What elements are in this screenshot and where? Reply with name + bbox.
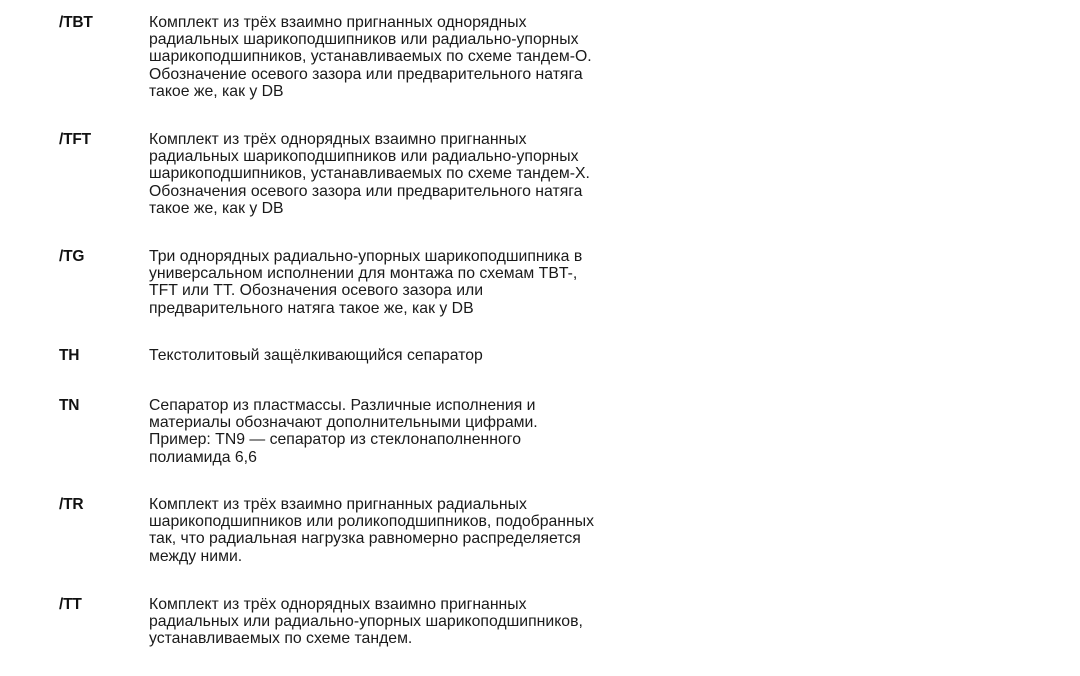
entry-description: Сепаратор из пластмассы. Различные испол… bbox=[149, 397, 729, 466]
entry-description: Комплект из трёх однорядных взаимно приг… bbox=[149, 131, 729, 217]
entry-code: /TT bbox=[59, 596, 82, 613]
entry-description: Комплект из трёх однорядных взаимно приг… bbox=[149, 596, 729, 648]
entry-code: TN bbox=[59, 397, 79, 414]
entry-description: Текстолитовый защёлкивающийся сепаратор bbox=[149, 347, 729, 364]
entry-code: TH bbox=[59, 347, 79, 364]
entry-code: /TG bbox=[59, 248, 84, 265]
entry-code: /TR bbox=[59, 496, 83, 513]
entry-description: Комплект из трёх взаимно пригнанных одно… bbox=[149, 14, 729, 100]
entry-description: Комплект из трёх взаимно пригнанных ради… bbox=[149, 496, 729, 565]
entry-description: Три однорядных радиально-упорных шарикоп… bbox=[149, 248, 729, 317]
entry-code: /TFT bbox=[59, 131, 91, 148]
entry-code: /TBT bbox=[59, 14, 93, 31]
